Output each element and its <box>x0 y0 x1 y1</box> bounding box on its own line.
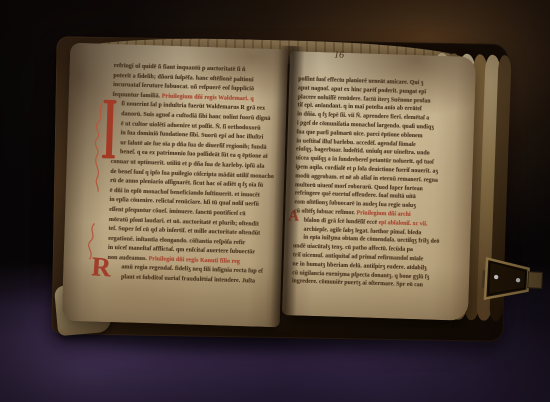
right-page: 16 A poſſint ſuoſ effectu planiorē ueneā… <box>282 51 476 321</box>
manuscript-photo: R refringi ul quidē ñ fiant inquantū p a… <box>0 0 550 402</box>
brass-clasp <box>481 252 548 309</box>
right-page-text: poſſint ſuoſ effectu planiorē ueneāt ami… <box>292 75 467 291</box>
left-page-text: refringi ul quidē ñ fiant inquantū p auc… <box>107 62 278 288</box>
folio-number: 16 <box>334 50 344 61</box>
left-page: R refringi ul quidē ñ fiant inquantū p a… <box>62 43 289 328</box>
